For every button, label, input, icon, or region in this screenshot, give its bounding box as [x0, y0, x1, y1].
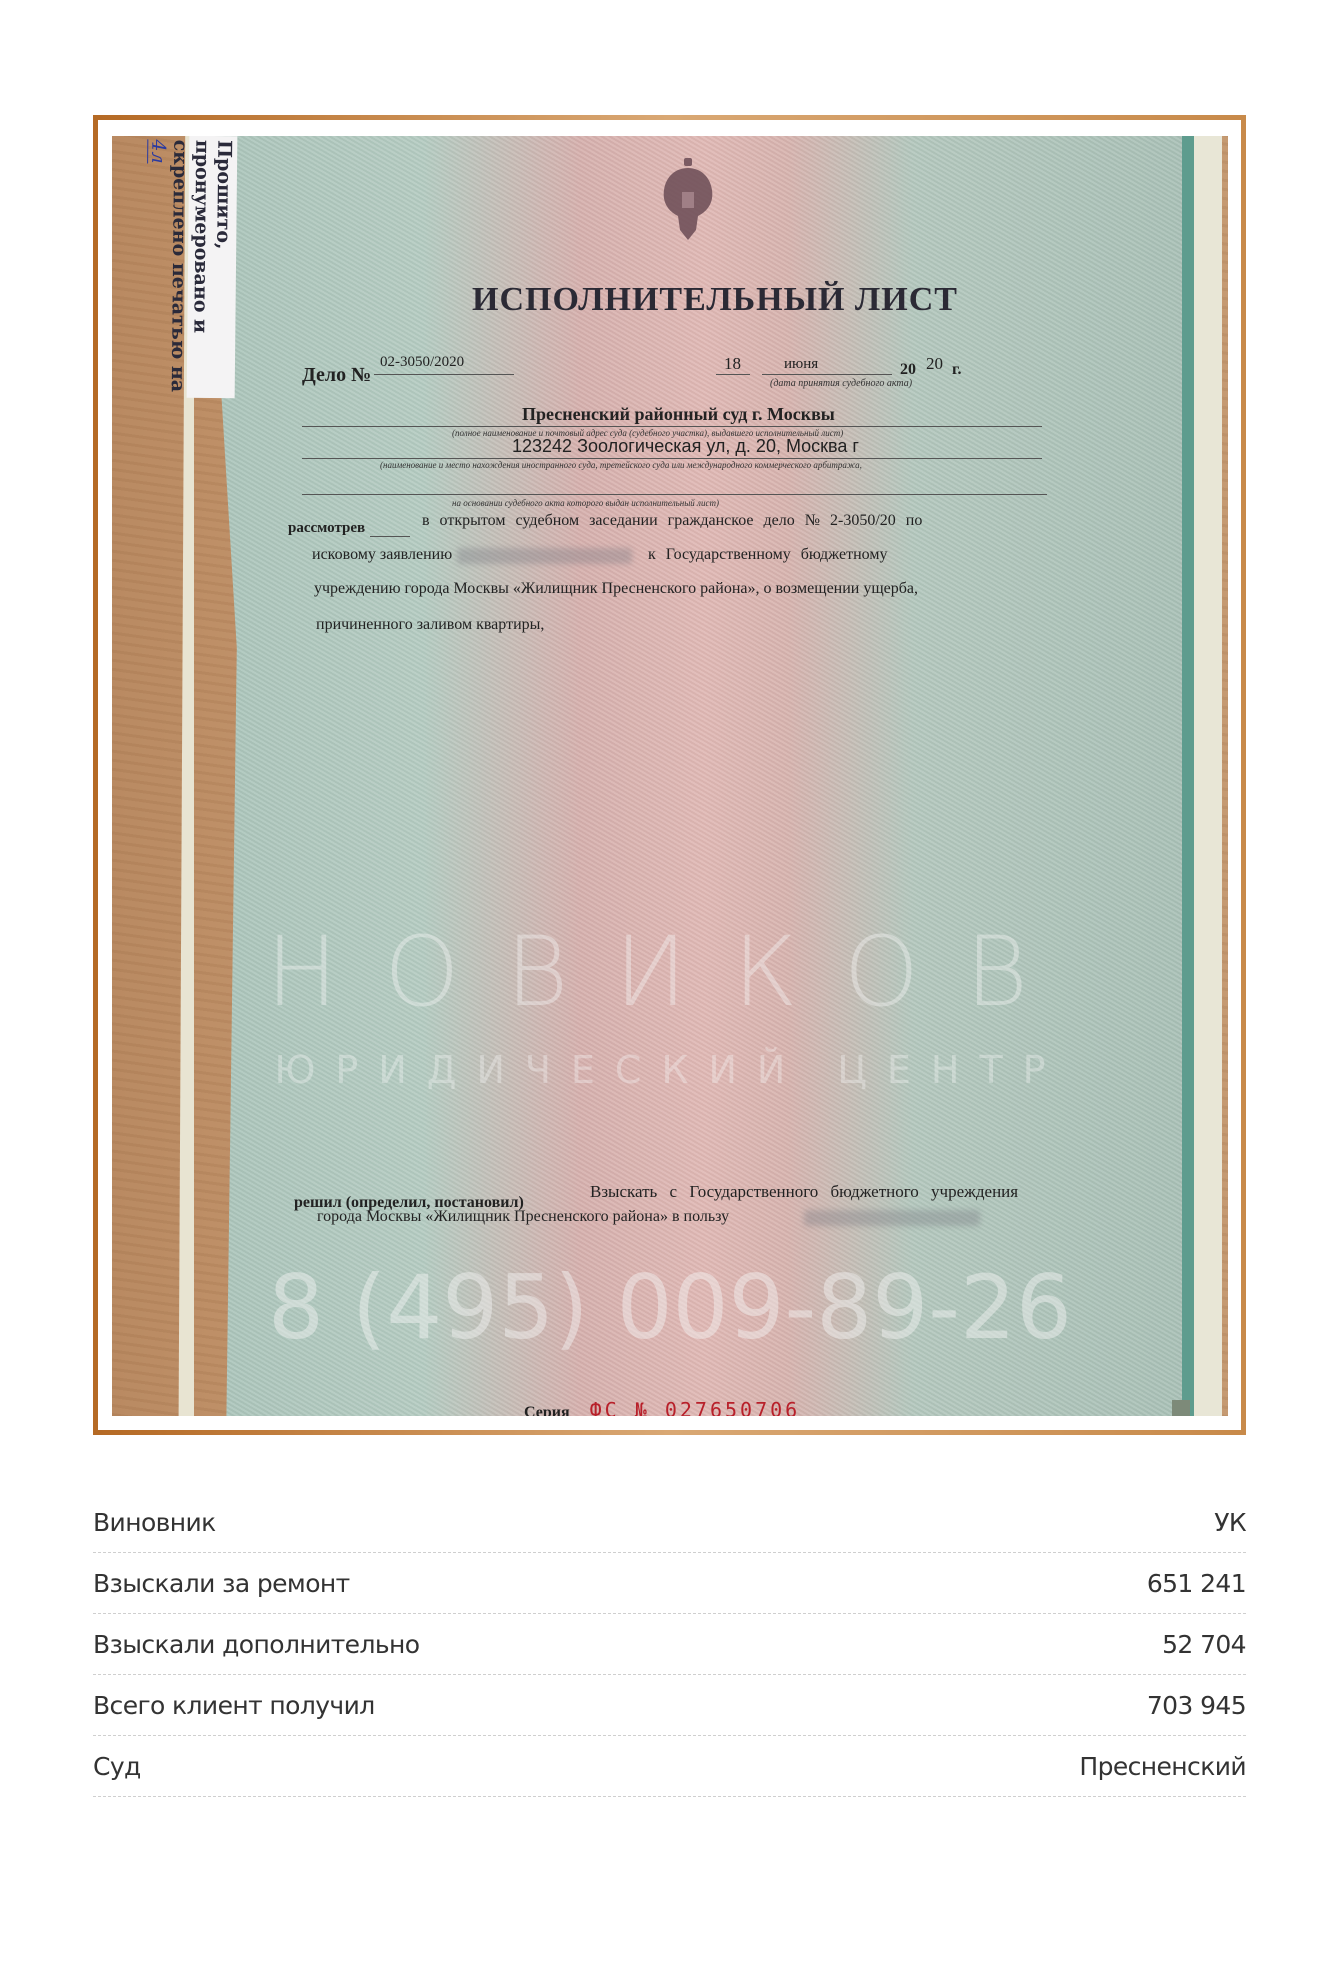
detail-row-repair-recovered: Взыскали за ремонт 651 241 — [93, 1553, 1246, 1614]
date-month: июня — [784, 356, 818, 373]
body-line-4: причиненного заливом квартиры, — [316, 616, 544, 634]
detail-row-culprit: Виновник УК — [93, 1492, 1246, 1553]
document-photo: Прошито, пронумеровано и скреплено печат… — [112, 136, 1228, 1416]
date-year-end: г. — [952, 361, 961, 379]
series-label: Серия — [524, 1404, 570, 1416]
detail-row-total-received: Всего клиент получил 703 945 — [93, 1675, 1246, 1736]
detail-value: 651 241 — [1147, 1569, 1246, 1598]
detail-value: УК — [1214, 1508, 1246, 1537]
document-title: ИСПОЛНИТЕЛЬНЫЙ ЛИСТ — [472, 281, 958, 319]
detail-value: 52 704 — [1162, 1630, 1246, 1659]
binding-label: Прошито, пронумеровано и скреплено печат… — [187, 136, 238, 398]
date-day: 18 — [724, 354, 741, 374]
date-year-suffix: 20 — [926, 354, 943, 374]
detail-row-additional-recovered: Взыскали дополнительно 52 704 — [93, 1614, 1246, 1675]
decision-line-1: Взыскать с Государственного бюджетного у… — [590, 1182, 1018, 1202]
redacted-recipient-name — [804, 1210, 980, 1226]
court-address-caption: (наименование и место нахождения иностра… — [380, 460, 862, 470]
detail-label: Взыскали дополнительно — [93, 1630, 419, 1659]
body-line-2-start: исковому заявлению — [312, 546, 452, 564]
case-label: Дело № — [302, 364, 371, 387]
court-address: 123242 Зоологическая ул, д. 20, Москва г — [512, 436, 859, 457]
considered-label: рассмотрев — [288, 520, 365, 537]
russian-coat-of-arms-icon — [658, 156, 718, 244]
detail-label: Всего клиент получил — [93, 1691, 375, 1720]
body-line-1: в открытом судебном заседании гражданско… — [422, 512, 922, 530]
hologram-mark — [1172, 1400, 1190, 1416]
sheet-right-edge — [1182, 136, 1222, 1416]
basis-caption: на основании судебного акта которого выд… — [452, 498, 719, 508]
body-line-3: учреждению города Москвы «Жилищник Пресн… — [314, 580, 918, 598]
case-details-list: Виновник УК Взыскали за ремонт 651 241 В… — [93, 1492, 1246, 1797]
detail-label: Суд — [93, 1752, 141, 1781]
date-caption: (дата принятия судебного акта) — [770, 378, 912, 389]
body-line-2-end: к Государственному бюджетному — [648, 546, 887, 564]
series-line: Серия ФС № 027650706 — [524, 1398, 800, 1416]
court-name: Пресненский районный суд г. Москвы — [522, 404, 835, 425]
detail-value: Пресненский — [1079, 1752, 1246, 1781]
binding-page-count: 4л — [147, 139, 169, 163]
detail-value: 703 945 — [1147, 1691, 1246, 1720]
redacted-plaintiff-name — [457, 548, 632, 564]
detail-label: Взыскали за ремонт — [93, 1569, 350, 1598]
decision-line-2: города Москвы «Жилищник Пресненского рай… — [317, 1208, 729, 1226]
case-number: 02-3050/2020 — [380, 354, 464, 371]
watermark-company-subtitle: ЮРИДИЧЕСКИЙ ЦЕНТР — [112, 1048, 1228, 1092]
detail-row-court: Суд Пресненский — [93, 1736, 1246, 1797]
series-number: ФС № 027650706 — [590, 1398, 801, 1416]
watermark-company-name: НОВИКОВ — [112, 916, 1228, 1028]
watermark-phone: 8 (495) 009-89-26 — [112, 1256, 1228, 1359]
detail-label: Виновник — [93, 1508, 216, 1537]
date-year-prefix: 20 — [900, 361, 916, 379]
binding-label-text: Прошито, пронумеровано и скреплено печат… — [167, 140, 236, 393]
